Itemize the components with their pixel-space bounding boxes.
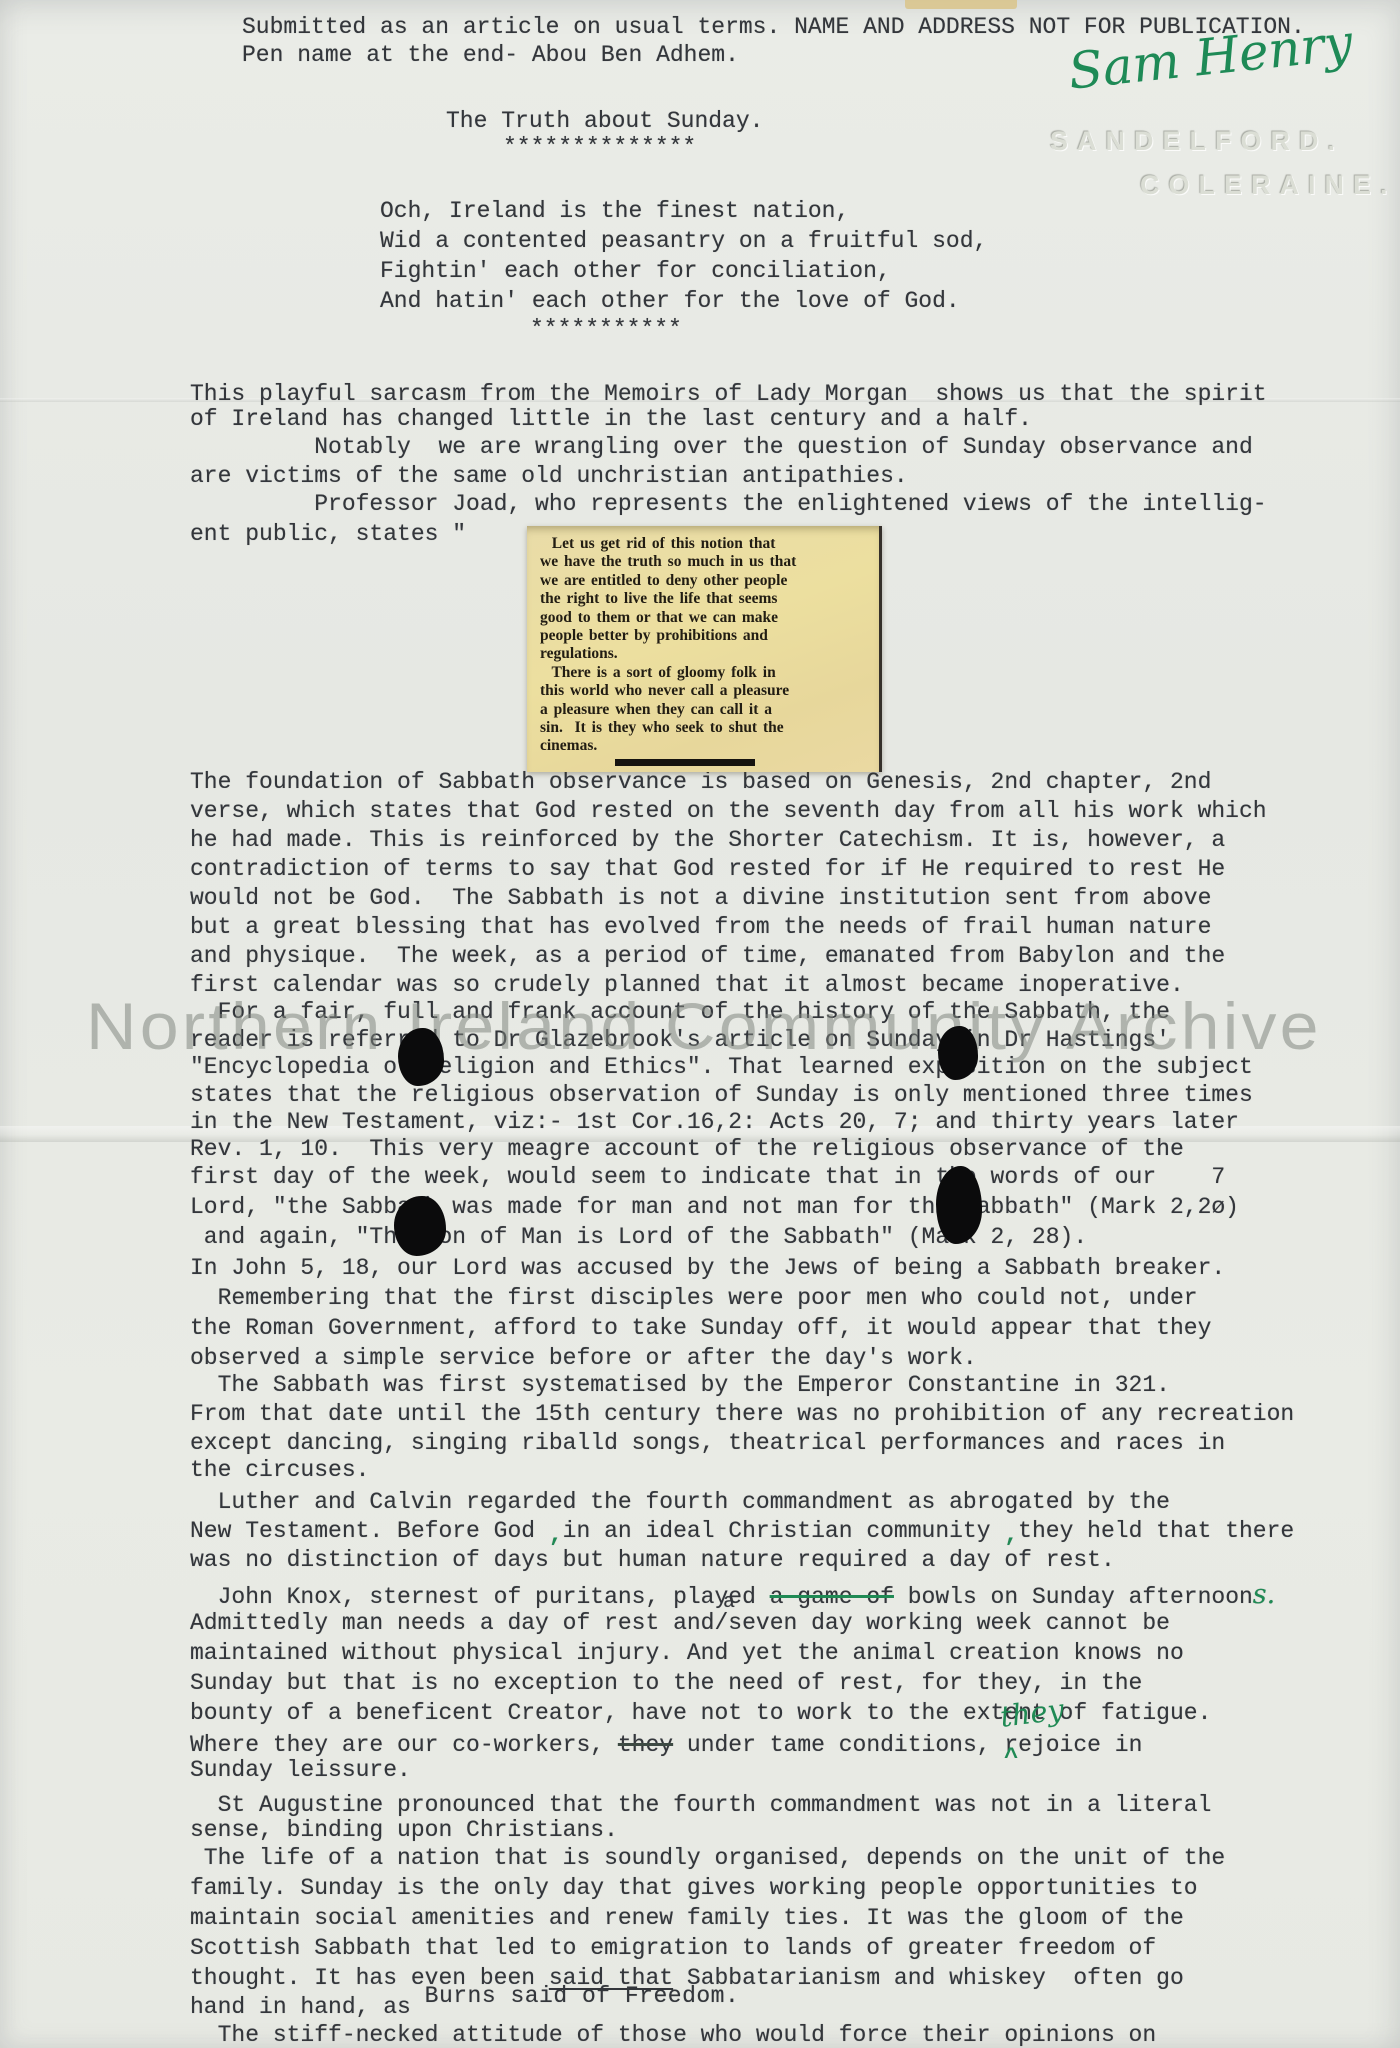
inserted-word-they: they bbox=[999, 1696, 1066, 1730]
body-line: Admittedly man needs a day of rest and/s… bbox=[190, 1610, 1170, 1636]
ink-blot bbox=[938, 1026, 978, 1080]
body-line: The Sabbath was first systematised by th… bbox=[190, 1372, 1170, 1398]
body-line: states that the religious observation of… bbox=[190, 1082, 1253, 1108]
body-line: Notably we are wrangling over the questi… bbox=[190, 434, 1253, 460]
body-line: maintain social amenities and renew fami… bbox=[190, 1905, 1184, 1931]
body-line: Luther and Calvin regarded the fourth co… bbox=[190, 1489, 1170, 1515]
body-line: in the New Testament, viz:- 1st Cor.16,2… bbox=[190, 1109, 1239, 1135]
body-line: St Augustine pronounced that the fourth … bbox=[190, 1792, 1211, 1818]
ink-blot bbox=[398, 1028, 444, 1086]
body-line: This playful sarcasm from the Memoirs of… bbox=[190, 381, 1267, 407]
body-line: first day of the week, would seem to ind… bbox=[190, 1164, 1225, 1190]
typed-segment: hand in hand, as bbox=[190, 1994, 425, 2020]
body-line: of Ireland has changed little in the las… bbox=[190, 406, 1032, 432]
annotated-segment: , bbox=[1004, 1522, 1018, 1548]
clipping-line: a pleasure when they can call it a bbox=[540, 701, 873, 719]
body-line: he had made. This is reinforced by the S… bbox=[190, 827, 1225, 853]
typed-segment: they held that there bbox=[1018, 1518, 1294, 1544]
body-line: Professor Joad, who represents the enlig… bbox=[190, 491, 1267, 517]
body-line: Scottish Sabbath that led to emigration … bbox=[190, 1935, 1156, 1961]
typed-segment: under tame conditions, rejoice in bbox=[673, 1732, 1142, 1758]
body-line: and physique. The week, as a period of t… bbox=[190, 943, 1225, 969]
body-line: New Testament. Before God ,in an ideal C… bbox=[190, 1518, 1294, 1544]
clipping-line: sin. It is they who seek to shut the bbox=[540, 719, 873, 737]
clipping-text: Let us get rid of this notion thatwe hav… bbox=[527, 526, 879, 756]
article-title: The Truth about Sunday. bbox=[446, 108, 763, 134]
ink-blot bbox=[394, 1196, 446, 1256]
embossed-stamp-sandelford: SANDELFORD. bbox=[1050, 126, 1344, 157]
body-line: sense, binding upon Christians. bbox=[190, 1817, 618, 1843]
annotated-segment: , bbox=[549, 1522, 563, 1548]
body-line: Sunday leissure. bbox=[190, 1757, 411, 1783]
body-line: In John 5, 18, our Lord was accused by t… bbox=[190, 1255, 1225, 1281]
typed-segment: John Knox, sternest of puritans, played bbox=[190, 1584, 770, 1610]
body-line: was no distinction of days but human nat… bbox=[190, 1547, 1115, 1573]
body-line: except dancing, singing riballd songs, t… bbox=[190, 1430, 1225, 1456]
annotated-segment: Burns said of Freedom. bbox=[425, 1983, 740, 2009]
clipping-line: the right to live the life that seems bbox=[540, 590, 873, 608]
typed-segment: Where they are our co-workers, bbox=[190, 1732, 618, 1758]
scanned-typescript-page: Submitted as an article on usual terms. … bbox=[0, 0, 1400, 2048]
clipping-end-rule bbox=[615, 759, 755, 766]
body-line: The foundation of Sabbath observance is … bbox=[190, 769, 1211, 795]
clipping-line: There is a sort of gloomy folk in bbox=[540, 664, 873, 682]
body-line: Sunday but that is no exception to the n… bbox=[190, 1670, 1142, 1696]
body-line: observed a simple service before or afte… bbox=[190, 1345, 977, 1371]
clipping-line: Let us get rid of this notion that bbox=[540, 535, 873, 553]
body-line: are victims of the same old unchristian … bbox=[190, 463, 908, 489]
poem-line: And hatin' each other for the love of Go… bbox=[380, 288, 960, 314]
clipping-line: this world who never call a pleasure bbox=[540, 682, 873, 700]
body-line: the Roman Government, afford to take Sun… bbox=[190, 1315, 1211, 1341]
inserted-letter-a: a bbox=[723, 1590, 735, 1616]
body-line: contradiction of terms to say that God r… bbox=[190, 856, 1225, 882]
clipping-line: we are entitled to deny other people bbox=[540, 572, 873, 590]
body-line: The life of a nation that is soundly org… bbox=[190, 1845, 1225, 1871]
annotated-segment: a game of bbox=[770, 1584, 894, 1610]
body-line: Lord, "the Sabbath was made for man and … bbox=[190, 1194, 1239, 1220]
body-line: ent public, states " bbox=[190, 521, 466, 547]
embossed-stamp-coleraine: COLERAINE. bbox=[1140, 170, 1397, 201]
poem-line: Fightin' each other for conciliation, bbox=[380, 258, 891, 284]
annotated-segment: s. bbox=[1253, 1579, 1275, 1610]
ink-blot bbox=[936, 1166, 982, 1244]
clipping-line: people better by prohibitions and bbox=[540, 627, 873, 645]
clipping-line: we have the truth so much in us that bbox=[540, 553, 873, 571]
poem-line: Wid a contented peasantry on a fruitful … bbox=[380, 228, 987, 254]
body-line: the circuses. bbox=[190, 1457, 369, 1483]
clipping-line: regulations. bbox=[540, 645, 873, 663]
body-line: but a great blessing that has evolved fr… bbox=[190, 914, 1211, 940]
body-line: maintained without physical injury. And … bbox=[190, 1640, 1184, 1666]
clipping-line: good to them or that we can make bbox=[540, 609, 873, 627]
clipping-line: cinemas. bbox=[540, 737, 873, 755]
body-line: Where they are our co-workers, they unde… bbox=[190, 1732, 1142, 1758]
typed-segment: bowls on Sunday afternoon bbox=[894, 1584, 1253, 1610]
archive-watermark: Northern Ireland Community Archive bbox=[86, 988, 1322, 1064]
body-line: would not be God. The Sabbath is not a d… bbox=[190, 885, 1211, 911]
body-line: The stiff-necked attitude of those who w… bbox=[190, 2022, 1156, 2048]
body-line: Remembering that the first disciples wer… bbox=[190, 1285, 1198, 1311]
poem-line: Och, Ireland is the finest nation, bbox=[380, 198, 849, 224]
newspaper-clipping: Let us get rid of this notion thatwe hav… bbox=[527, 526, 882, 772]
typed-segment: Sabbatarianism and whiskey often go bbox=[673, 1965, 1184, 1991]
typed-segment: in an ideal Christian community bbox=[563, 1518, 1005, 1544]
annotated-segment: they bbox=[618, 1732, 673, 1758]
body-line: Rev. 1, 10. This very meagre account of … bbox=[190, 1136, 1184, 1162]
body-line: family. Sunday is the only day that give… bbox=[190, 1875, 1198, 1901]
insert-caret: ^ bbox=[1004, 1746, 1018, 1772]
tape-mark bbox=[905, 0, 1017, 9]
typed-segment: New Testament. Before God bbox=[190, 1518, 549, 1544]
poem-asterisks: *********** bbox=[530, 316, 682, 342]
submission-note-line: Pen name at the end- Abou Ben Adhem. bbox=[242, 42, 739, 68]
title-asterisks: ************** bbox=[503, 134, 696, 160]
body-line: hand in hand, as Burns said of Freedom. bbox=[190, 1994, 739, 2020]
body-line: verse, which states that God rested on t… bbox=[190, 798, 1267, 824]
body-line: From that date until the 15th century th… bbox=[190, 1401, 1294, 1427]
